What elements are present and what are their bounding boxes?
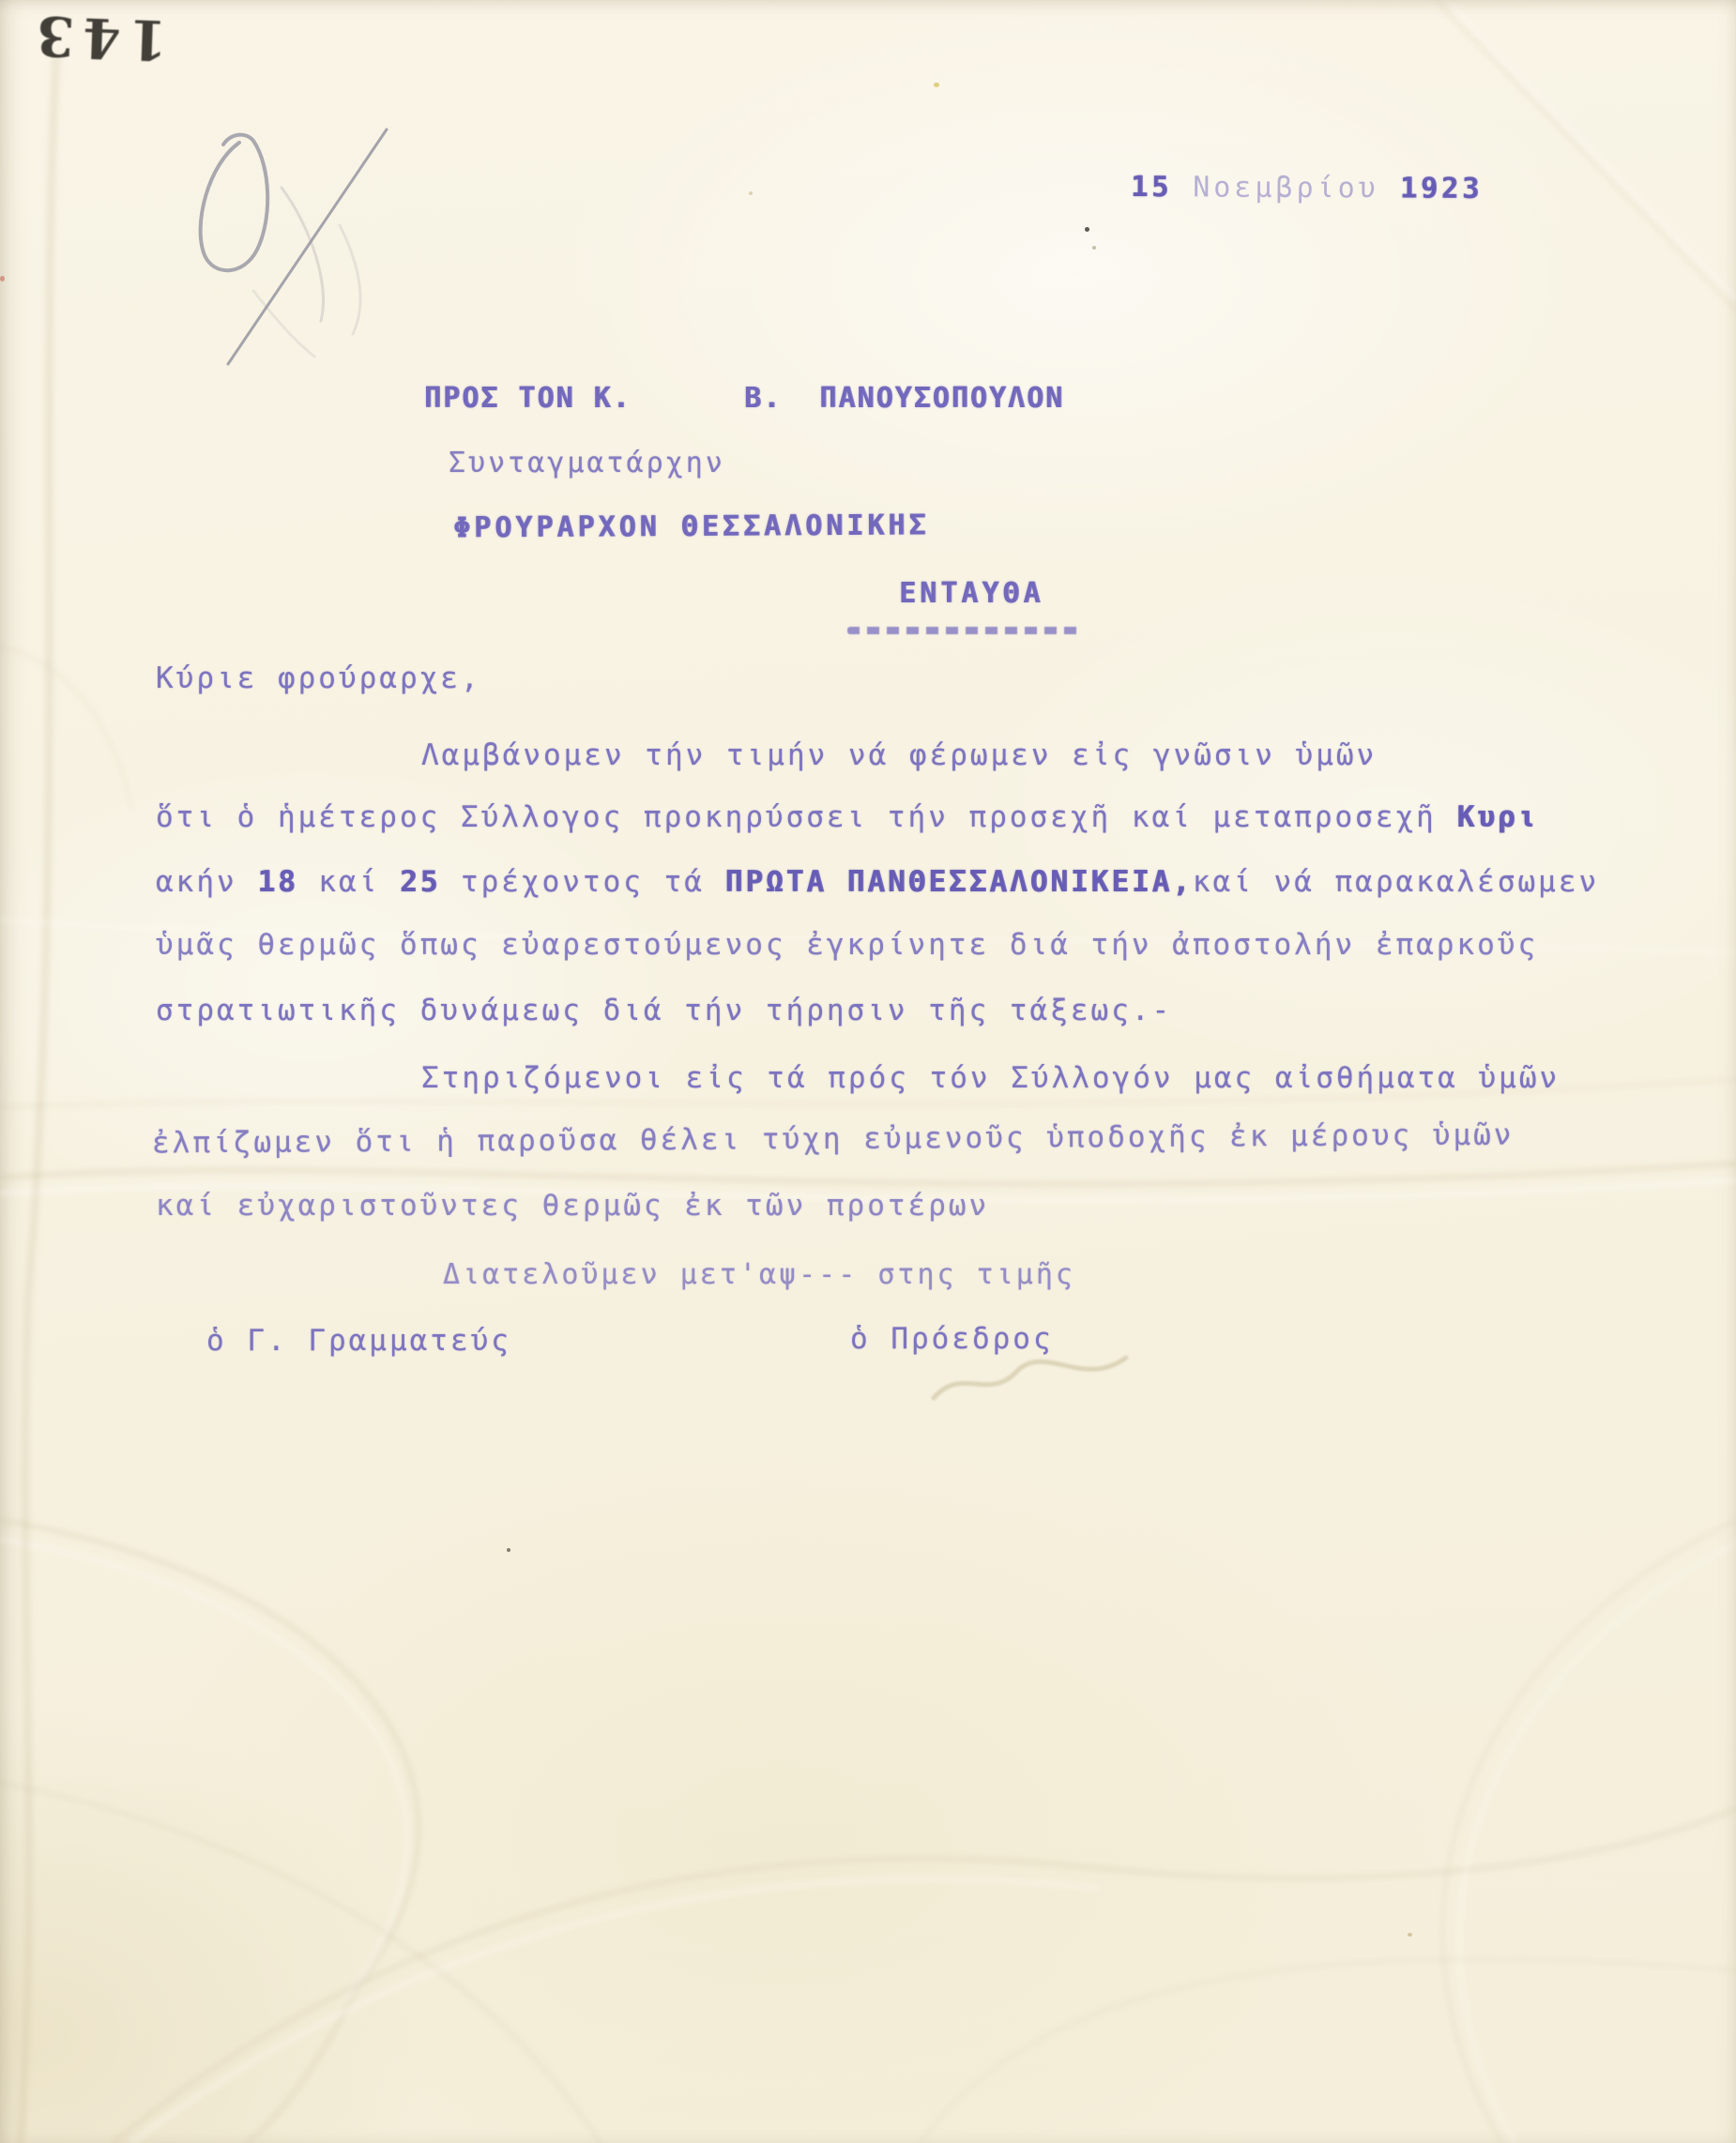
body-line-5: στρατιωτικῆς δυνάμεως διά τήν τήρησιν τῆ… — [156, 996, 1172, 1026]
paper-speck — [0, 276, 5, 281]
date-25-emphasis: 25 — [400, 865, 440, 899]
recipient-rank-line: Συνταγματάρχην — [449, 449, 725, 478]
secretary-signature-label: ὁ Γ. Γραμματεύς — [206, 1327, 511, 1356]
date-day: 15 — [1131, 171, 1172, 204]
body-line-3-text: καί — [298, 865, 400, 899]
president-signature-label: ὁ Πρόεδρος — [850, 1325, 1054, 1354]
date-18-emphasis: 18 — [257, 865, 297, 899]
recipient-to-line: ΠΡΟΣ ΤΟΝ Κ. Β. ΠΑΝΟΥΣΟΠΟΥΛΟΝ — [424, 385, 1064, 413]
paper-speck — [1085, 227, 1089, 232]
body-line-8: καί εὐχαριστοῦντες θερμῶς ἐκ τῶν προτέρω… — [156, 1192, 989, 1221]
recipient-title-line: ΦΡΟΥΡΑΡΧΟΝ ΘΕΣΣΑΛΟΝΙΚΗΣ — [453, 511, 930, 542]
letter-page: 143 15 Νοεμβρίου 1923 ΠΡΟΣ ΤΟΝ Κ. Β. ΠΑΝ… — [0, 0, 1736, 2143]
faded-signature-mark — [924, 1346, 1140, 1412]
body-line-3-text: τρέχοντος τά — [440, 865, 724, 899]
place-line-underline — [847, 627, 1084, 634]
paper-speck — [1408, 1933, 1412, 1937]
letter-date: 15 Νοεμβρίου 1923 — [1131, 174, 1483, 204]
event-name-emphasis: ΠΡΩΤΑ ΠΑΝΘΕΣΣΑΛΟΝΙΚΕΙΑ, — [725, 865, 1193, 899]
paper-speck — [934, 83, 939, 87]
closing-line: Διατελοῦμεν μετ'αψ--- στης τιμῆς — [443, 1261, 1075, 1289]
body-line-3-text: καί νά παρακαλέσωμεν — [1193, 865, 1599, 899]
body-line-2: ὅτι ὁ ἡμέτερος Σύλλογος προκηρύσσει τήν … — [156, 803, 1538, 832]
body-line-2-text: ὅτι ὁ ἡμέτερος Σύλλογος προκηρύσσει τήν … — [156, 800, 1456, 834]
paper-speck — [1092, 246, 1096, 250]
paper-speck — [507, 1548, 510, 1552]
pencil-annotation — [141, 75, 460, 394]
date-month: Νοεμβρίου — [1193, 171, 1379, 205]
body-line-2-emphasis: Κυρι — [1456, 800, 1538, 834]
body-line-3: ακήν 18 καί 25 τρέχοντος τά ΠΡΩΤΑ ΠΑΝΘΕΣ… — [156, 868, 1599, 897]
page-number-stamp: 143 — [27, 3, 168, 71]
body-line-1: Λαμβάνομεν τήν τιμήν νά φέρωμεν εἰς γνῶσ… — [421, 741, 1377, 770]
recipient-place-line: ΕΝΤΑΥΘΑ — [899, 580, 1043, 608]
date-year: 1923 — [1400, 173, 1483, 205]
body-line-6: Στηριζόμενοι εἰς τά πρός τόν Σύλλογόν μα… — [421, 1064, 1560, 1093]
body-line-4: ὑμᾶς θερμῶς ὅπως εὐαρεστούμενος ἐγκρίνητ… — [156, 931, 1538, 960]
salutation: Κύριε φρούραρχε, — [156, 664, 481, 693]
paper-speck — [749, 191, 753, 195]
body-line-3-text: ακήν — [156, 865, 257, 899]
body-line-7: ἐλπίζωμεν ὅτι ἡ παροῦσα θέλει τύχη εὐμεν… — [152, 1121, 1515, 1159]
